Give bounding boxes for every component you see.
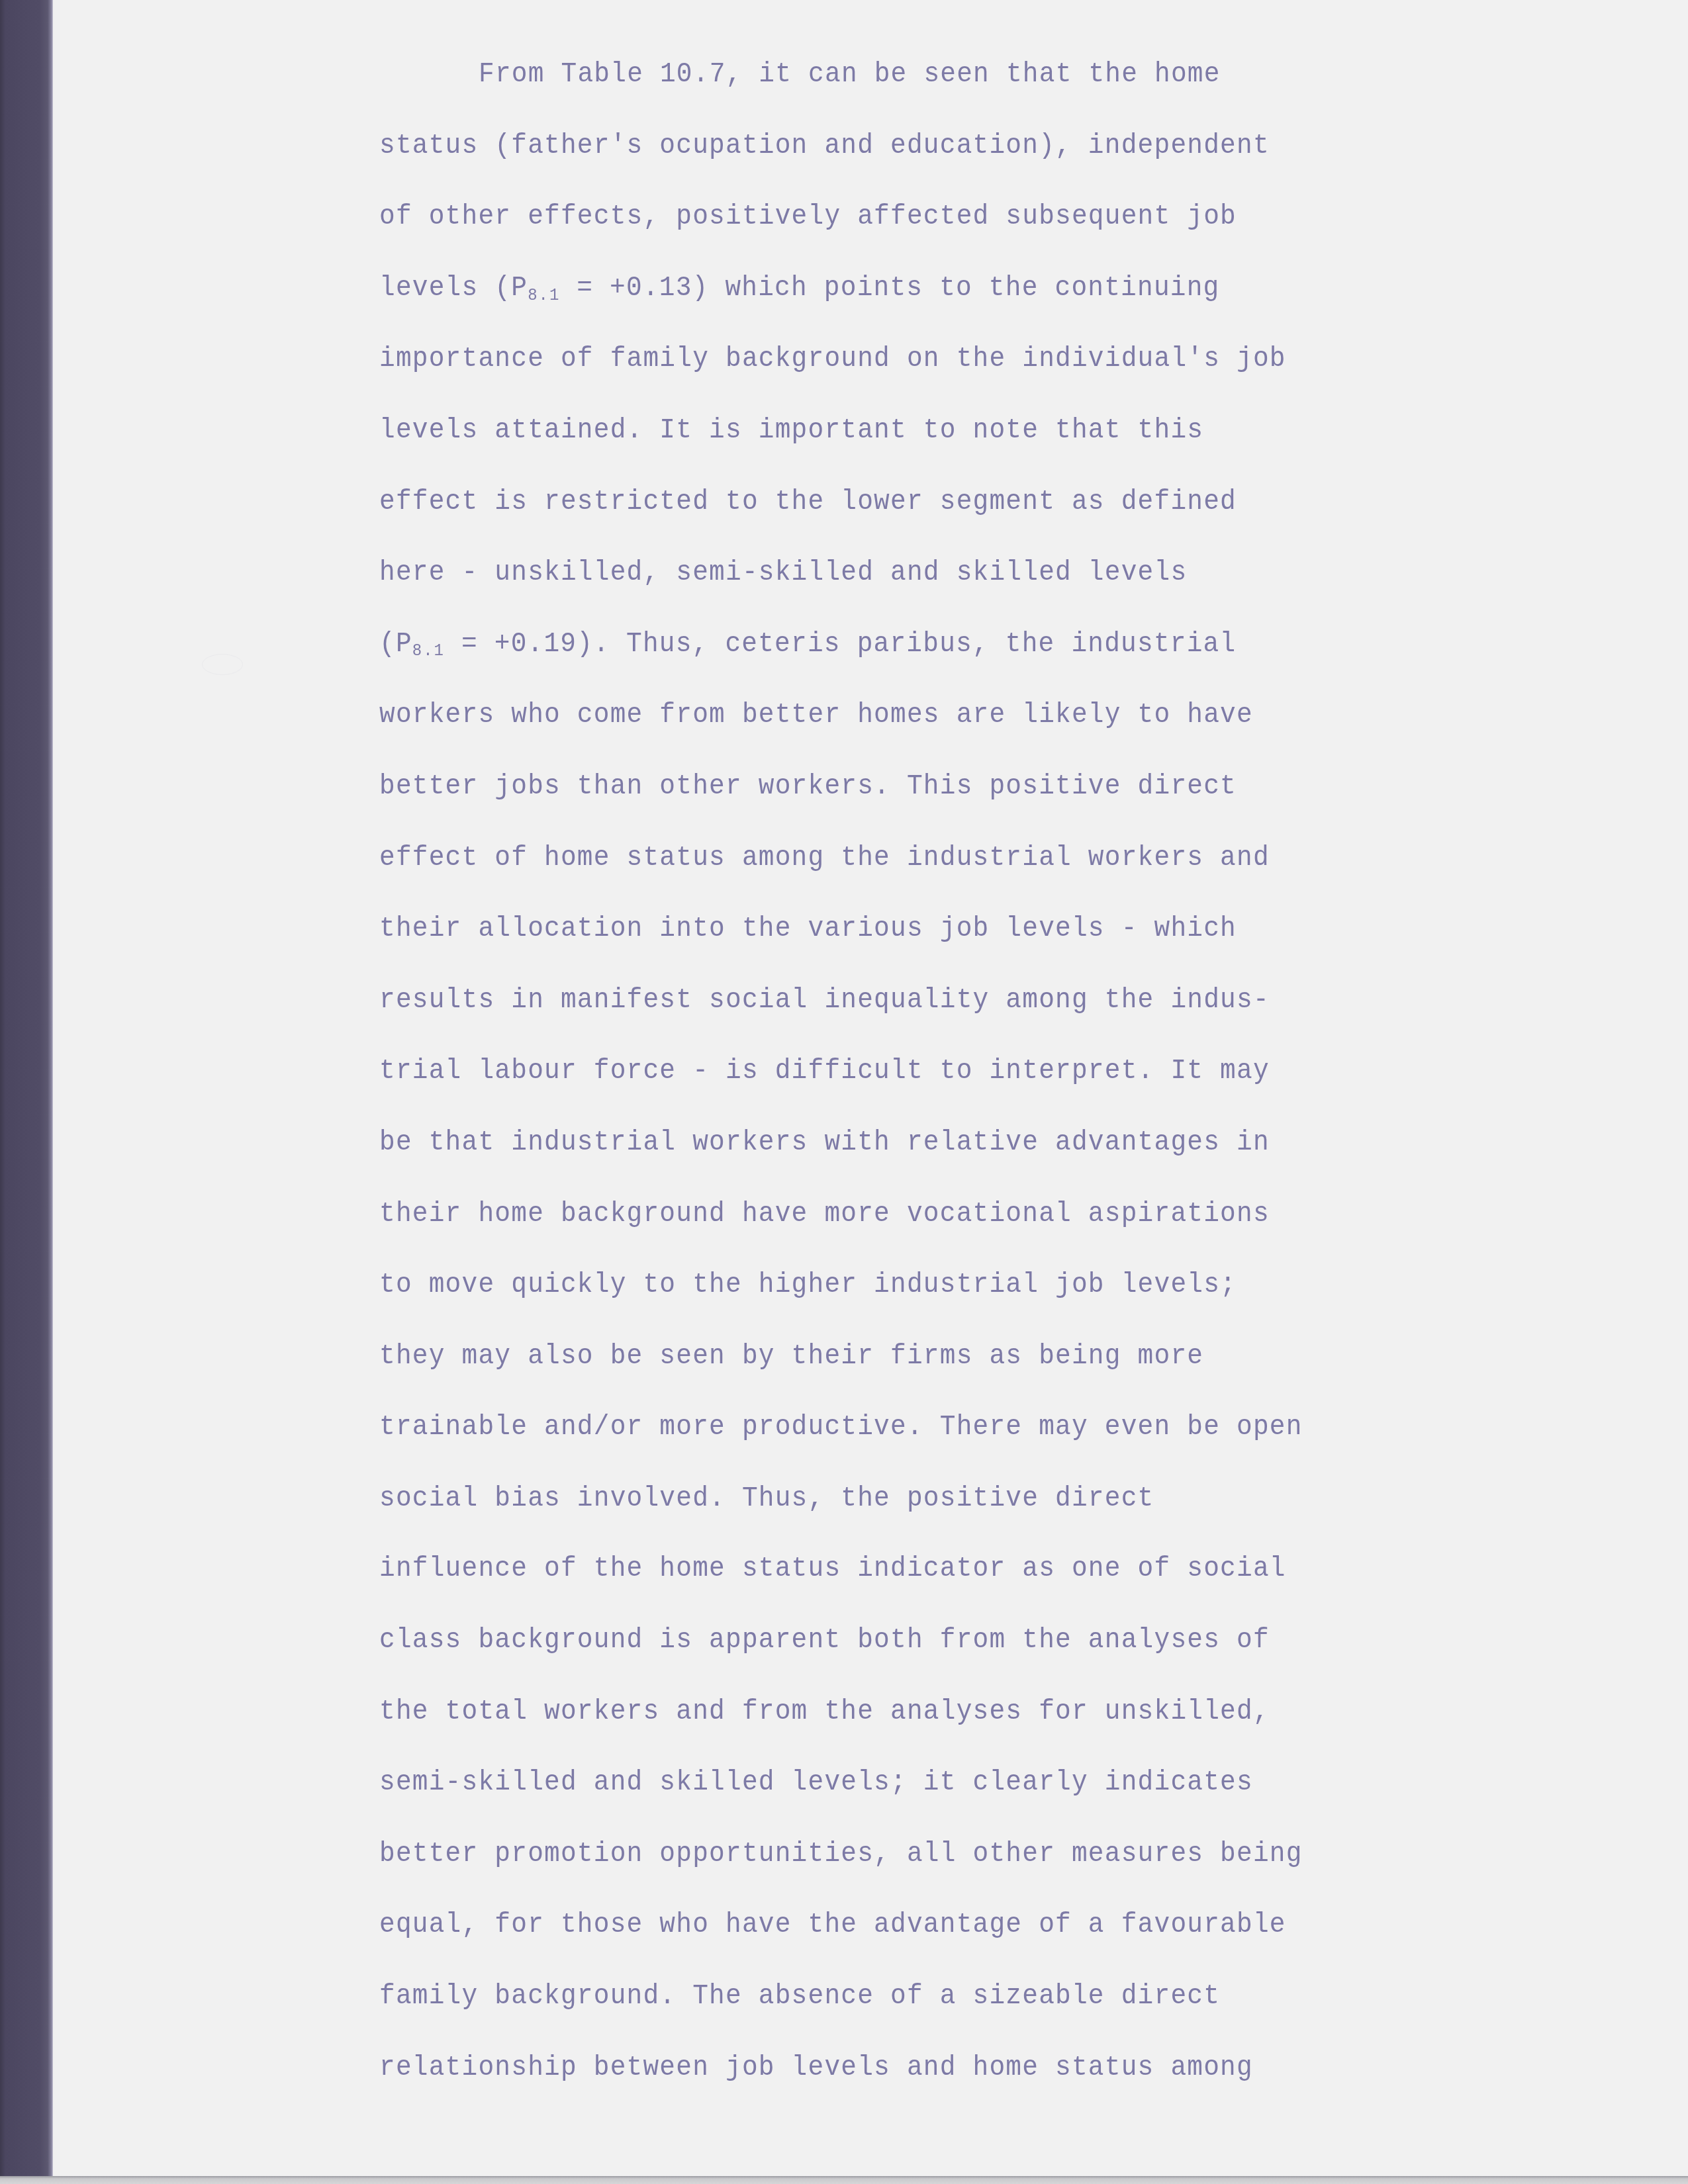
text-line: levels attained. It is important to note… [379,409,1518,480]
text-line: of other effects, positively affected su… [379,195,1518,267]
text-line: status (father's ocupation and education… [379,124,1518,196]
text-line: the total workers and from the analyses … [379,1690,1518,1762]
text-line: they may also be seen by their firms as … [379,1334,1518,1406]
text-segment: = +0.13) which points to the continuing [560,271,1219,304]
text-line: trainable and/or more productive. There … [379,1406,1518,1477]
path-coefficient-subscript: 8.1 [528,286,560,305]
text-line: semi-skilled and skilled levels; it clea… [379,1761,1518,1833]
text-line: workers who come from better homes are l… [379,694,1518,765]
text-line: their allocation into the various job le… [379,907,1518,979]
text-line: be that industrial workers with relative… [379,1120,1518,1192]
text-line: effect is restricted to the lower segmen… [379,480,1518,551]
binding-edge [0,0,53,2177]
text-line: (P8.1 = +0.19). Thus, ceteris paribus, t… [379,622,1518,694]
text-segment: levels (P [379,271,528,304]
text-line: influence of the home status indicator a… [379,1548,1518,1619]
text-line: better jobs than other workers. This pos… [379,765,1518,837]
text-line: equal, for those who have the advantage … [379,1904,1518,1976]
text-line: importance of family background on the i… [379,338,1518,409]
text-line: their home background have more vocation… [379,1192,1518,1263]
path-coefficient-subscript: 8.1 [412,642,445,661]
text-line: trial labour force - is difficult to int… [379,1050,1518,1121]
text-line: From Table 10.7, it can be seen that the… [379,53,1518,124]
text-line: family background. The absence of a size… [379,1975,1518,2046]
text-line: social bias involved. Thus, the positive… [379,1477,1518,1548]
text-line: relationship between job levels and home… [379,2046,1518,2118]
text-line: results in manifest social inequality am… [379,978,1518,1050]
text-line: to move quickly to the higher industrial… [379,1263,1518,1335]
text-line: levels (P8.1 = +0.13) which points to th… [379,267,1518,338]
text-line: here - unskilled, semi-skilled and skill… [379,551,1518,623]
text-segment: = +0.19). Thus, ceteris paribus, the ind… [445,627,1236,660]
text-line: effect of home status among the industri… [379,836,1518,907]
body-paragraph: From Table 10.7, it can be seen that the… [379,53,1518,2117]
text-line: class background is apparent both from t… [379,1619,1518,1690]
page-bottom-edge [0,2176,1688,2184]
text-line: better promotion opportunities, all othe… [379,1833,1518,1904]
scanned-page: From Table 10.7, it can be seen that the… [0,0,1688,2184]
text-segment: (P [379,627,412,660]
scan-artifact [202,654,243,675]
